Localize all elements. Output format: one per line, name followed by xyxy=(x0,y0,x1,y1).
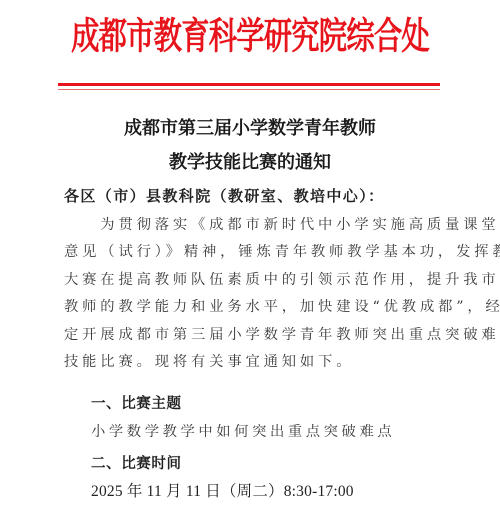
body-line: 意见（试行）》精神，锤炼青年教师教学基本功，发挥教学技能 xyxy=(64,241,444,261)
body-line: 技能比赛。现将有关事宜通知如下。 xyxy=(64,351,444,371)
letterhead-rule-thick xyxy=(58,83,440,86)
body-line: 教师的教学能力和业务水平，加快建设“优教成都”，经研究，决 xyxy=(64,296,444,316)
salutation: 各区（市）县教科院（教研室、教培中心）： xyxy=(64,185,385,206)
letterhead-rule-thin xyxy=(58,89,440,91)
body-line: 大赛在提高教师队伍素质中的引领示范作用，提升我市小学数学 xyxy=(64,269,444,289)
section-heading-theme: 一、比赛主题 xyxy=(91,392,182,413)
notice-title-line2: 教学技能比赛的通知 xyxy=(0,148,500,174)
notice-document: 成都市教育科学研究院综合处 成都市第三届小学数学青年教师 教学技能比赛的通知 各… xyxy=(0,0,500,505)
notice-title-line1: 成都市第三届小学数学青年教师 xyxy=(0,114,500,140)
org-letterhead: 成都市教育科学研究院综合处 xyxy=(35,8,465,64)
section-heading-time: 二、比赛时间 xyxy=(91,452,182,473)
body-line: 为贯彻落实《成都市新时代中小学实施高质量课堂教学指导 xyxy=(64,214,444,234)
section-content-theme: 小学数学教学中如何突出重点突破难点 xyxy=(91,421,395,441)
section-content-time: 2025 年 11 月 11 日（周二）8:30-17:00 xyxy=(91,479,354,501)
body-line: 定开展成都市第三届小学数学青年教师突出重点突破难点教学 xyxy=(64,324,444,344)
